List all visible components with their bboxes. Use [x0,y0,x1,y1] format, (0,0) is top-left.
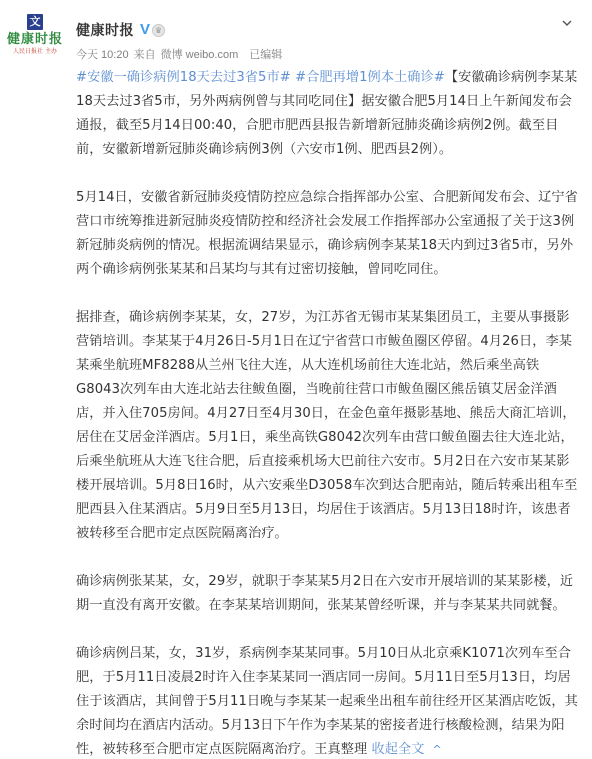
chevron-up-icon[interactable]: ^ [432,743,441,756]
paragraph-text: 5月14日，安徽省新冠肺炎疫情防控应急综合指挥部办公室、合肥新闻发布会、辽宁省营… [76,190,578,277]
paragraph-text: 确诊病例吕某，女，31岁，系病例李某某同事。5月10日从北京乘K1071次列车至… [76,646,578,757]
hashtag-link[interactable]: #安徽一确诊病例18天去过3省5市# [76,70,291,85]
post-meta: 今天 10:20 来自 微博 weibo.com 已编辑 [76,46,282,62]
avatar-sub-text: 人民日报社 主办 [13,48,57,56]
chevron-down-icon[interactable] [562,18,572,28]
verified-icon[interactable]: V [140,22,150,38]
collapse-full-text-link[interactable]: 收起全文 [371,742,424,757]
paragraph-3: 据排查，确诊病例李某某，女，27岁，为江苏省无锡市某某集团员工，主要从事摄影营销… [76,306,581,546]
paragraph-1: #安徽一确诊病例18天去过3省5市# #合肥再增1例本土确诊#【安徽确诊病例李某… [76,66,581,162]
member-crown-icon[interactable]: ♛ [152,24,165,37]
paragraph-4: 确诊病例张某某，女，29岁，就职于李某某5月2日在六安市开展培训的某某影楼，近期… [76,570,581,618]
paragraph-text: 确诊病例张某某，女，29岁，就职于李某某5月2日在六安市开展培训的某某影楼，近期… [76,574,573,613]
paragraph-2: 5月14日，安徽省新冠肺炎疫情防控应急综合指挥部办公室、合肥新闻发布会、辽宁省营… [76,186,581,282]
avatar-logo-icon: 文 [27,14,43,30]
edited-label[interactable]: 已编辑 [249,46,282,62]
post-source[interactable]: 微博 weibo.com [161,46,239,62]
post-header: 健康时报 V ♛ 今天 10:20 来自 微博 weibo.com 已编辑 [76,20,282,62]
paragraph-text: 据排查，确诊病例李某某，女，27岁，为江苏省无锡市某某集团员工，主要从事摄影营销… [76,310,577,541]
author-name[interactable]: 健康时报 [76,20,134,40]
paragraph-5: 确诊病例吕某，女，31岁，系病例李某某同事。5月10日从北京乘K1071次列车至… [76,642,581,759]
avatar-brand-text: 健康时报 [7,32,63,47]
author-row: 健康时报 V ♛ [76,20,282,40]
hashtag-link[interactable]: #合肥再增1例本土确诊# [295,70,445,85]
post-time[interactable]: 今天 10:20 [76,46,129,62]
author-avatar[interactable]: 文 健康时报 人民日报社 主办 [2,14,68,66]
post-content: #安徽一确诊病例18天去过3省5市# #合肥再增1例本土确诊#【安徽确诊病例李某… [76,66,581,759]
source-prefix: 来自 [134,46,156,62]
